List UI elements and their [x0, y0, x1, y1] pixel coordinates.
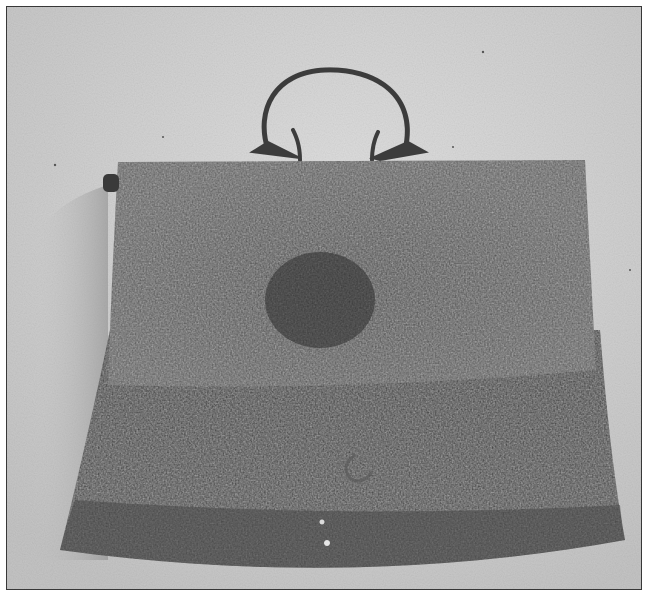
side-clasp-icon [103, 174, 119, 192]
highlight-dot [320, 520, 325, 525]
bag-photo-svg [0, 0, 649, 597]
flap-button-area [265, 252, 375, 348]
photograph [0, 0, 649, 597]
highlight-dot [324, 540, 330, 546]
